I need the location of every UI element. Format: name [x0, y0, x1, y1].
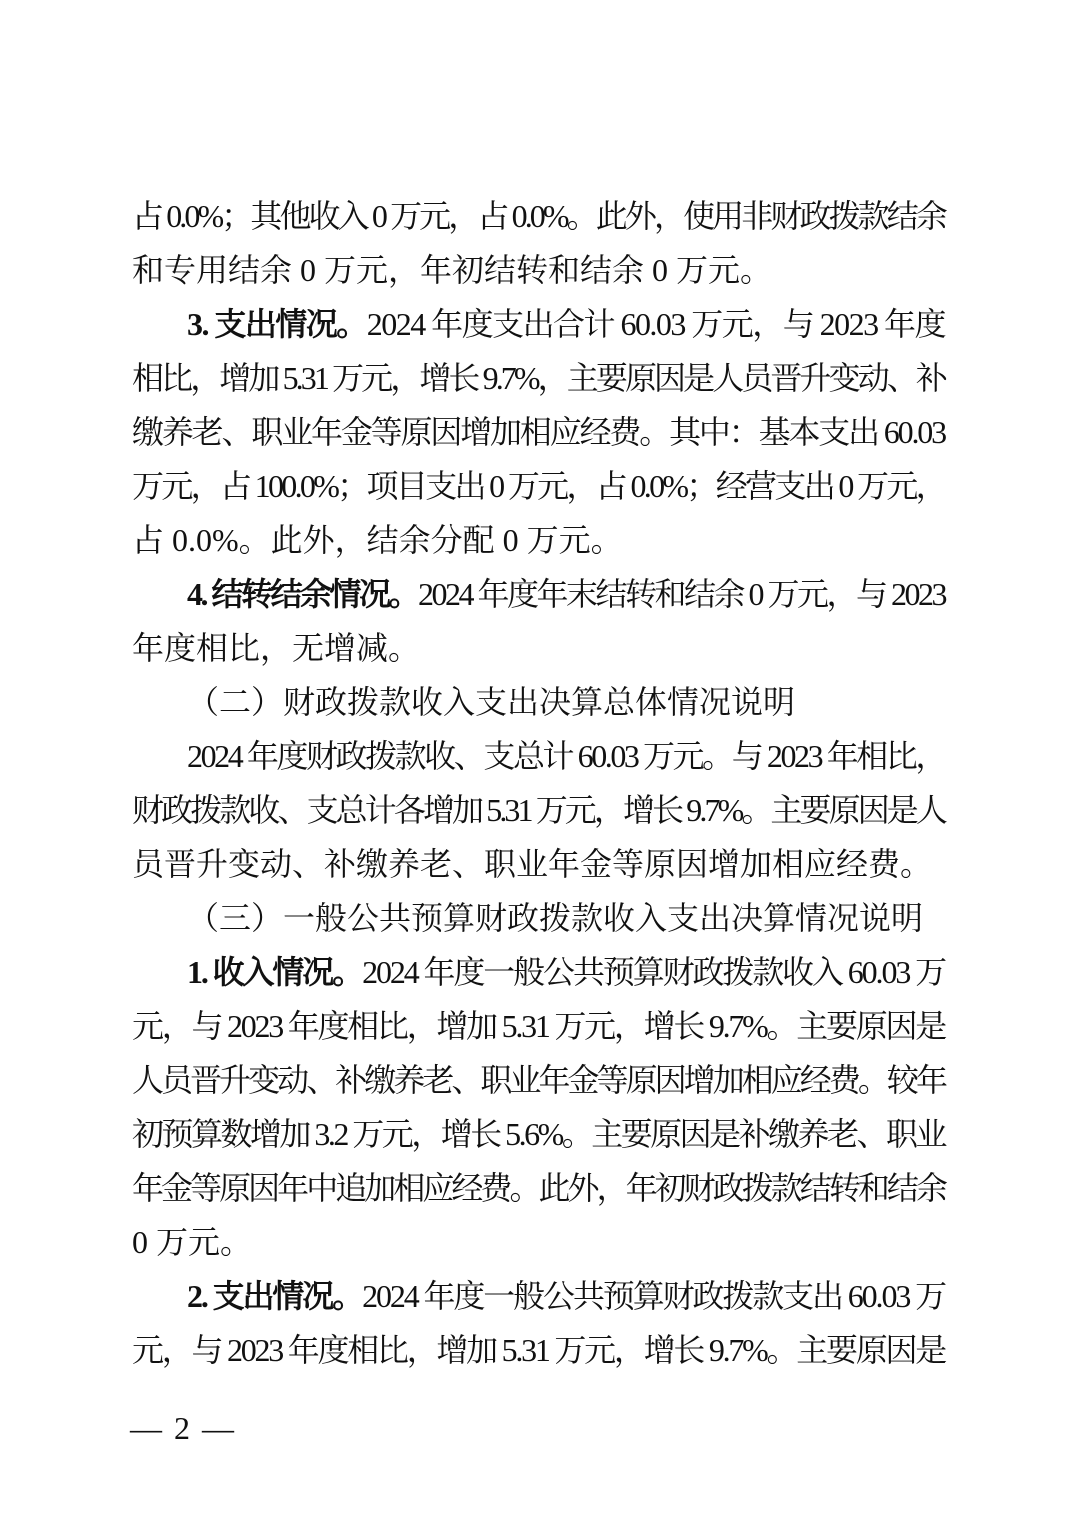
paragraph-line: 占 0.0%。此外，结余分配 0 万元。	[132, 513, 945, 567]
numbered-heading-line-expenditure: 3. 支出情况。2024 年度支出合计 60.03 万元，与 2023 年度	[132, 297, 945, 351]
run-text: （二）财政拨款收入支出决算总体情况说明	[187, 684, 795, 720]
document-page: 占 0.0%；其他收入 0 万元，占 0.0%。此外，使用非财政拨款结余 和专用…	[0, 0, 1074, 1520]
run-text: 年度相比，无增减。	[132, 630, 420, 666]
paragraph-line: 年度相比，无增减。	[132, 621, 945, 675]
document-body: 占 0.0%；其他收入 0 万元，占 0.0%。此外，使用非财政拨款结余 和专用…	[132, 189, 945, 1377]
paragraph-line: 万元，占 100.0%；项目支出 0 万元，占 0.0%；经营支出 0 万元，	[132, 459, 945, 513]
run-text: 年金等原因年中追加相应经费。此外，年初财政拨款结转和结余	[132, 1170, 945, 1206]
run-text: 相比，增加 5.31 万元，增长 9.7%，主要原因是人员晋升变动、补	[132, 360, 945, 396]
run-text: 初预算数增加 3.2 万元，增长 5.6%。主要原因是补缴养老、职业	[132, 1116, 945, 1152]
run-bold: 4. 结转结余情况。	[187, 576, 418, 612]
run-text: 2024 年度一般公共预算财政拨款支出 60.03 万	[362, 1278, 945, 1314]
paragraph-line: 元，与 2023 年度相比，增加 5.31 万元，增长 9.7%。主要原因是	[132, 999, 945, 1053]
run-text: （三）一般公共预算财政拨款收入支出决算情况说明	[187, 900, 923, 936]
paragraph-line: 初预算数增加 3.2 万元，增长 5.6%。主要原因是补缴养老、职业	[132, 1107, 945, 1161]
run-text: 占 0.0%；其他收入 0 万元，占 0.0%。此外，使用非财政拨款结余	[132, 198, 945, 234]
numbered-heading-line-expenditure-2: 2. 支出情况。2024 年度一般公共预算财政拨款支出 60.03 万	[132, 1269, 945, 1323]
paragraph-line: 和专用结余 0 万元，年初结转和结余 0 万元。	[132, 243, 945, 297]
run-text: 人员晋升变动、补缴养老、职业年金等原因增加相应经费。较年	[132, 1062, 945, 1098]
paragraph-line: 0 万元。	[132, 1215, 945, 1269]
run-text: 元，与 2023 年度相比，增加 5.31 万元，增长 9.7%。主要原因是	[132, 1008, 945, 1044]
run-bold: 2. 支出情况。	[187, 1278, 362, 1314]
section-heading-2: （二）财政拨款收入支出决算总体情况说明	[132, 675, 945, 729]
paragraph-line: 员晋升变动、补缴养老、职业年金等原因增加相应经费。	[132, 837, 945, 891]
numbered-heading-line-carryover: 4. 结转结余情况。2024 年度年末结转和结余 0 万元，与 2023	[132, 567, 945, 621]
run-text: 2024 年度财政拨款收、支总计 60.03 万元。与 2023 年相比，	[187, 738, 945, 774]
paragraph-line: 财政拨款收、支总计各增加 5.31 万元，增长 9.7%。主要原因是人	[132, 783, 945, 837]
page-number: — 2 —	[130, 1408, 236, 1448]
paragraph-line: 占 0.0%；其他收入 0 万元，占 0.0%。此外，使用非财政拨款结余	[132, 189, 945, 243]
paragraph-line: 人员晋升变动、补缴养老、职业年金等原因增加相应经费。较年	[132, 1053, 945, 1107]
run-text: 2024 年度年末结转和结余 0 万元，与 2023	[418, 576, 945, 612]
run-text: 员晋升变动、补缴养老、职业年金等原因增加相应经费。	[132, 846, 932, 882]
run-text: 万元，占 100.0%；项目支出 0 万元，占 0.0%；经营支出 0 万元，	[132, 468, 945, 504]
run-bold: 3. 支出情况。	[187, 306, 367, 342]
paragraph-line: 2024 年度财政拨款收、支总计 60.03 万元。与 2023 年相比，	[132, 729, 945, 783]
run-text: 2024 年度支出合计 60.03 万元，与 2023 年度	[367, 306, 945, 342]
section-heading-3: （三）一般公共预算财政拨款收入支出决算情况说明	[132, 891, 945, 945]
run-text: 财政拨款收、支总计各增加 5.31 万元，增长 9.7%。主要原因是人	[132, 792, 945, 828]
run-text: 缴养老、职业年金等原因增加相应经费。其中：基本支出 60.03	[132, 414, 945, 450]
run-text: 元，与 2023 年度相比，增加 5.31 万元，增长 9.7%。主要原因是	[132, 1332, 945, 1368]
paragraph-line: 元，与 2023 年度相比，增加 5.31 万元，增长 9.7%。主要原因是	[132, 1323, 945, 1377]
run-text: 和专用结余 0 万元，年初结转和结余 0 万元。	[132, 252, 772, 288]
paragraph-line: 缴养老、职业年金等原因增加相应经费。其中：基本支出 60.03	[132, 405, 945, 459]
run-text: 占 0.0%。此外，结余分配 0 万元。	[132, 522, 623, 558]
paragraph-line: 相比，增加 5.31 万元，增长 9.7%，主要原因是人员晋升变动、补	[132, 351, 945, 405]
run-text: 2024 年度一般公共预算财政拨款收入 60.03 万	[362, 954, 945, 990]
run-bold: 1. 收入情况。	[187, 954, 362, 990]
run-text: 0 万元。	[132, 1224, 252, 1260]
paragraph-line: 年金等原因年中追加相应经费。此外，年初财政拨款结转和结余	[132, 1161, 945, 1215]
numbered-heading-line-income: 1. 收入情况。2024 年度一般公共预算财政拨款收入 60.03 万	[132, 945, 945, 999]
